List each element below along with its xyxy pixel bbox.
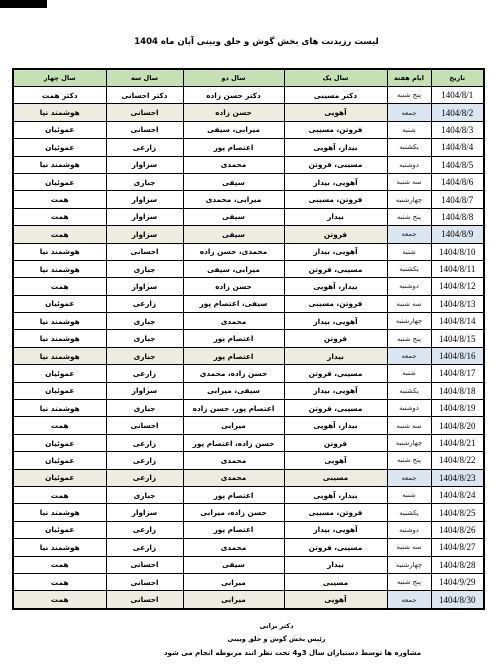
table-row: 1404/8/30 جمعه آهویی میرابی احسانی همت: [13, 591, 484, 609]
weekday-cell: یکشنبه: [387, 139, 431, 156]
year-two-cell: اعتصام پور: [183, 486, 284, 503]
year-two-cell: محمدی: [183, 156, 284, 173]
year-four-cell: هوشمند نیا: [13, 347, 106, 364]
table-row: 1404/8/8 پنج شنبه بیدار سیفی سزاوار همت: [13, 208, 484, 225]
year-two-cell: سیفی: [183, 226, 284, 243]
year-one-cell: آهویی، بیدار: [284, 521, 387, 538]
weekday-cell: شنبه: [387, 243, 431, 260]
year-one-cell: فروتن، مسیبی: [284, 504, 387, 521]
year-one-cell: فروتن، مسیبی: [284, 191, 387, 208]
year-two-cell: حسن زاده، اعتصام پور: [183, 434, 284, 451]
table-row: 1404/9/29 پنج شنبه مسیبی میرابی احسانی ه…: [13, 573, 484, 590]
year-four-cell: همت: [13, 417, 106, 434]
header-year-one: سال یک: [284, 69, 387, 87]
weekday-cell: پنج شنبه: [387, 573, 431, 590]
table-row: 1404/8/26 دوشنبه آهویی، بیدار اعتصام پور…: [13, 521, 484, 538]
date-cell: 1404/8/28: [431, 556, 484, 573]
year-three-cell: جباری: [106, 313, 183, 330]
year-two-cell: میرابی، محمدی: [183, 191, 284, 208]
year-two-cell: سیفی، میرابی: [183, 382, 284, 399]
date-cell: 1404/8/17: [431, 365, 484, 382]
table-row: 1404/8/13 سه شنبه فروتن، مسیبی سیفی، اعت…: [13, 295, 484, 312]
weekday-cell: جمعه: [387, 347, 431, 364]
year-two-cell: میرابی، سیفی: [183, 260, 284, 277]
year-two-cell: سیفی: [183, 173, 284, 190]
year-one-cell: بیدار، آهویی: [284, 486, 387, 503]
date-cell: 1404/8/20: [431, 417, 484, 434]
year-three-cell: سزاوار: [106, 504, 183, 521]
year-three-cell: زارعی: [106, 365, 183, 382]
year-four-cell: همت: [13, 208, 106, 225]
year-three-cell: سزاوار: [106, 156, 183, 173]
year-four-cell: دکتر همت: [13, 87, 106, 104]
table-row: 1404/8/3 شنبه فروتن، مسیبی میرابی، سیفی …: [13, 121, 484, 138]
date-cell: 1404/8/14: [431, 313, 484, 330]
table-row: 1404/8/22 پنج شنبه آهویی محمدی زارعی عمو…: [13, 452, 484, 469]
weekday-cell: یکشنبه: [387, 382, 431, 399]
date-cell: 1404/8/22: [431, 452, 484, 469]
table-row: 1404/8/14 چهارشنبه آهویی، بیدار محمدی جب…: [13, 313, 484, 330]
year-one-cell: آهویی، بیدار: [284, 313, 387, 330]
year-four-cell: هوشمند نیا: [13, 504, 106, 521]
year-two-cell: اعتصام پور، حسن زاده: [183, 400, 284, 417]
year-three-cell: جباری: [106, 486, 183, 503]
year-one-cell: آهویی: [284, 591, 387, 609]
year-two-cell: حسن زاده: [183, 104, 284, 121]
year-four-cell: عموئیان: [13, 521, 106, 538]
year-three-cell: احسانی: [106, 104, 183, 121]
weekday-cell: جمعه: [387, 226, 431, 243]
year-one-cell: بیدار: [284, 556, 387, 573]
year-three-cell: جباری: [106, 330, 183, 347]
weekday-cell: جمعه: [387, 591, 431, 609]
year-one-cell: آهویی: [284, 104, 387, 121]
year-four-cell: عموئیان: [13, 452, 106, 469]
year-three-cell: زارعی: [106, 139, 183, 156]
scan-artifact-mark: [0, 0, 47, 8]
weekday-cell: سه شنبه: [387, 417, 431, 434]
year-one-cell: دکتر مسیبی: [284, 87, 387, 104]
year-one-cell: فروتن: [284, 434, 387, 451]
year-four-cell: هوشمند نیا: [13, 104, 106, 121]
year-three-cell: سزاوار: [106, 226, 183, 243]
weekday-cell: شنبه: [387, 121, 431, 138]
date-cell: 1404/8/4: [431, 139, 484, 156]
table-row: 1404/8/5 دوشنبه مسیبی، فروتن محمدی سزاوا…: [13, 156, 484, 173]
year-four-cell: عموئیان: [13, 434, 106, 451]
year-three-cell: جباری: [106, 260, 183, 277]
year-three-cell: زارعی: [106, 521, 183, 538]
weekday-cell: سه شنبه: [387, 539, 431, 556]
year-one-cell: بیدار: [284, 208, 387, 225]
year-two-cell: اعتصام پور: [183, 139, 284, 156]
weekday-cell: پنج شنبه: [387, 330, 431, 347]
date-cell: 1404/8/9: [431, 226, 484, 243]
date-cell: 1404/8/2: [431, 104, 484, 121]
header-year-four: سال چهار: [13, 69, 106, 87]
year-three-cell: زارعی: [106, 452, 183, 469]
weekday-cell: دوشنبه: [387, 521, 431, 538]
year-three-cell: سزاوار: [106, 278, 183, 295]
year-four-cell: عموئیان: [13, 365, 106, 382]
date-cell: 1404/8/16: [431, 347, 484, 364]
table-row: 1404/8/27 سه شنبه مسیبی، فروتن محمدی زار…: [13, 539, 484, 556]
year-three-cell: زارعی: [106, 469, 183, 486]
date-cell: 1404/8/27: [431, 539, 484, 556]
year-four-cell: هوشمند نیا: [13, 260, 106, 277]
table-row: 1404/8/23 جمعه مسیبی محمدی زارعی عموئیان: [13, 469, 484, 486]
year-four-cell: همت: [13, 573, 106, 590]
table-row: 1404/8/11 یکشنبه مسیبی، فروتن میرابی، سی…: [13, 260, 484, 277]
weekday-cell: شنبه: [387, 486, 431, 503]
year-one-cell: بیدار، آهویی: [284, 278, 387, 295]
year-two-cell: دکتر حسن زاده: [183, 87, 284, 104]
year-one-cell: فروتن: [284, 330, 387, 347]
year-three-cell: احسانی: [106, 121, 183, 138]
year-one-cell: مسیبی، فروتن: [284, 260, 387, 277]
year-two-cell: سیفی: [183, 556, 284, 573]
year-one-cell: مسیبی، فروتن: [284, 400, 387, 417]
year-four-cell: عموئیان: [13, 469, 106, 486]
year-one-cell: مسیبی، فروتن: [284, 365, 387, 382]
year-one-cell: مسیبی: [284, 469, 387, 486]
weekday-cell: دوشنبه: [387, 156, 431, 173]
footer-doctor-role: رئیس بخش گوش و حلق وبینی: [29, 635, 495, 643]
table-row: 1404/8/28 چهارشنبه بیدار سیفی احسانی همت: [13, 556, 484, 573]
date-cell: 1404/8/15: [431, 330, 484, 347]
year-three-cell: جباری: [106, 400, 183, 417]
year-two-cell: اعتصام پور: [183, 330, 284, 347]
year-three-cell: احسانی: [106, 417, 183, 434]
table-row: 1404/8/25 یکشنبه فروتن، مسیبی حسن زاده، …: [13, 504, 484, 521]
year-three-cell: زارعی: [106, 434, 183, 451]
year-three-cell: احسانی: [106, 591, 183, 609]
table-row: 1404/8/21 چهارشنبه فروتن حسن زاده، اعتصا…: [13, 434, 484, 451]
date-cell: 1404/8/8: [431, 208, 484, 225]
table-row: 1404/8/2 جمعه آهویی حسن زاده احسانی هوشم…: [13, 104, 484, 121]
year-one-cell: مسیبی: [284, 573, 387, 590]
weekday-cell: چهارشنبه: [387, 191, 431, 208]
duty-roster-table: تاریخ ایام هفته سال یک سال دو سال سه سال…: [12, 68, 485, 610]
year-one-cell: آهویی، بیدار: [284, 173, 387, 190]
year-two-cell: محمدی: [183, 469, 284, 486]
year-three-cell: احسانی: [106, 573, 183, 590]
year-four-cell: همت: [13, 191, 106, 208]
date-cell: 1404/8/11: [431, 260, 484, 277]
date-cell: 1404/8/23: [431, 469, 484, 486]
year-two-cell: اعتصام پور: [183, 347, 284, 364]
weekday-cell: چهارشنبه: [387, 556, 431, 573]
year-four-cell: هوشمند نیا: [13, 330, 106, 347]
year-four-cell: عموئیان: [13, 139, 106, 156]
date-cell: 1404/8/5: [431, 156, 484, 173]
footer-doctor-name: دکتر براتی: [29, 622, 495, 630]
date-cell: 1404/8/24: [431, 486, 484, 503]
weekday-cell: دوشنبه: [387, 400, 431, 417]
year-three-cell: جباری: [106, 173, 183, 190]
weekday-cell: یکشنبه: [387, 260, 431, 277]
year-three-cell: زارعی: [106, 539, 183, 556]
table-row: 1404/8/12 دوشنبه بیدار، آهویی حسن زاده س…: [13, 278, 484, 295]
year-three-cell: سزاوار: [106, 382, 183, 399]
year-two-cell: حسن زاده، محمدی: [183, 365, 284, 382]
weekday-cell: شنبه: [387, 365, 431, 382]
year-two-cell: محمدی: [183, 539, 284, 556]
table-row: 1404/8/24 شنبه بیدار، آهویی اعتصام پور ج…: [13, 486, 484, 503]
year-one-cell: بیدار، آهویی: [284, 139, 387, 156]
weekday-cell: جمعه: [387, 104, 431, 121]
year-four-cell: همت: [13, 226, 106, 243]
weekday-cell: پنج شنبه: [387, 208, 431, 225]
year-four-cell: عموئیان: [13, 295, 106, 312]
page: { "page": { "title": "لیست رزیدنت های بخ…: [0, 0, 495, 669]
year-four-cell: هوشمند نیا: [13, 243, 106, 260]
page-title: لیست رزیدنت های بخش گوش و حلق وبینی آبان…: [9, 37, 495, 47]
table-row: 1404/8/15 پنج شنبه فروتن اعتصام پور جبار…: [13, 330, 484, 347]
year-four-cell: همت: [13, 278, 106, 295]
date-cell: 1404/8/26: [431, 521, 484, 538]
date-cell: 1404/8/30: [431, 591, 484, 609]
year-four-cell: هوشمند نیا: [13, 400, 106, 417]
weekday-cell: پنج شنبه: [387, 87, 431, 104]
year-four-cell: هوشمند نیا: [13, 313, 106, 330]
year-two-cell: اعتصام پور: [183, 521, 284, 538]
table-row: 1404/8/20 سه شنبه بیدار، آهویی میرابی اح…: [13, 417, 484, 434]
weekday-cell: چهارشنبه: [387, 434, 431, 451]
weekday-cell: جمعه: [387, 469, 431, 486]
year-two-cell: محمدی: [183, 313, 284, 330]
table-row: 1404/8/6 سه شنبه آهویی، بیدار سیفی جباری…: [13, 173, 484, 190]
table-row: 1404/8/1 پنج شنبه دکتر مسیبی دکتر حسن زا…: [13, 87, 484, 104]
date-cell: 1404/8/3: [431, 121, 484, 138]
year-one-cell: آهویی، بیدار: [284, 382, 387, 399]
table-body: 1404/8/1 پنج شنبه دکتر مسیبی دکتر حسن زا…: [13, 87, 484, 609]
date-cell: 1404/8/21: [431, 434, 484, 451]
header-weekday: ایام هفته: [387, 69, 431, 87]
year-one-cell: فروتن، مسیبی: [284, 295, 387, 312]
year-one-cell: آهویی، بیدار: [284, 243, 387, 260]
date-cell: 1404/8/12: [431, 278, 484, 295]
year-four-cell: عموئیان: [13, 121, 106, 138]
date-cell: 1404/8/7: [431, 191, 484, 208]
year-two-cell: میرابی: [183, 591, 284, 609]
year-three-cell: سزاوار: [106, 191, 183, 208]
year-two-cell: محمدی: [183, 452, 284, 469]
header-year-three: سال سه: [106, 69, 183, 87]
year-three-cell: دکتر احسانی: [106, 87, 183, 104]
weekday-cell: دوشنبه: [387, 278, 431, 295]
year-two-cell: حسن زاده: [183, 278, 284, 295]
header-row: تاریخ ایام هفته سال یک سال دو سال سه سال…: [13, 69, 484, 87]
year-one-cell: فروتن: [284, 226, 387, 243]
weekday-cell: پنج شنبه: [387, 452, 431, 469]
table-row: 1404/8/19 دوشنبه مسیبی، فروتن اعتصام پور…: [13, 400, 484, 417]
year-four-cell: هوشمند نیا: [13, 156, 106, 173]
year-four-cell: همت: [13, 591, 106, 609]
table-row: 1404/8/10 شنبه آهویی، بیدار محمدی، حسن ز…: [13, 243, 484, 260]
weekday-cell: سه شنبه: [387, 173, 431, 190]
year-one-cell: بیدار: [284, 347, 387, 364]
table-row: 1404/8/17 شنبه مسیبی، فروتن حسن زاده، مح…: [13, 365, 484, 382]
date-cell: 1404/9/29: [431, 573, 484, 590]
year-three-cell: احسانی: [106, 556, 183, 573]
date-cell: 1404/8/25: [431, 504, 484, 521]
table-row: 1404/8/4 یکشنبه بیدار، آهویی اعتصام پور …: [13, 139, 484, 156]
header-date: تاریخ: [431, 69, 484, 87]
year-two-cell: حسن زاده، میرابی: [183, 504, 284, 521]
year-three-cell: زارعی: [106, 295, 183, 312]
table-row: 1404/8/18 یکشنبه آهویی، بیدار سیفی، میرا…: [13, 382, 484, 399]
date-cell: 1404/8/13: [431, 295, 484, 312]
year-four-cell: عموئیان: [13, 173, 106, 190]
weekday-cell: یکشنبه: [387, 504, 431, 521]
year-four-cell: عموئیان: [13, 382, 106, 399]
footer-note: مشاوره ها توسط دستیاران سال 3و4 تحت نظر …: [45, 649, 495, 657]
table-row: 1404/8/7 چهارشنبه فروتن، مسیبی میرابی، م…: [13, 191, 484, 208]
date-cell: 1404/8/18: [431, 382, 484, 399]
year-four-cell: همت: [13, 486, 106, 503]
weekday-cell: سه شنبه: [387, 295, 431, 312]
year-two-cell: محمدی، حسن زاده: [183, 243, 284, 260]
table-header: تاریخ ایام هفته سال یک سال دو سال سه سال…: [13, 69, 484, 87]
year-one-cell: مسیبی، فروتن: [284, 539, 387, 556]
year-two-cell: سیفی: [183, 208, 284, 225]
header-year-two: سال دو: [183, 69, 284, 87]
year-one-cell: مسیبی، فروتن: [284, 156, 387, 173]
date-cell: 1404/8/1: [431, 87, 484, 104]
date-cell: 1404/8/6: [431, 173, 484, 190]
table-row: 1404/8/16 جمعه بیدار اعتصام پور جباری هو…: [13, 347, 484, 364]
year-three-cell: سزاوار: [106, 208, 183, 225]
weekday-cell: چهارشنبه: [387, 313, 431, 330]
year-four-cell: همت: [13, 556, 106, 573]
table-row: 1404/8/9 جمعه فروتن سیفی سزاوار همت: [13, 226, 484, 243]
year-three-cell: احسانی: [106, 243, 183, 260]
year-one-cell: فروتن، مسیبی: [284, 121, 387, 138]
year-one-cell: آهویی: [284, 452, 387, 469]
year-two-cell: میرابی، سیفی: [183, 121, 284, 138]
year-one-cell: بیدار، آهویی: [284, 417, 387, 434]
year-two-cell: میرابی: [183, 573, 284, 590]
year-four-cell: هوشمند نیا: [13, 539, 106, 556]
year-three-cell: جباری: [106, 347, 183, 364]
year-two-cell: میرابی: [183, 417, 284, 434]
year-two-cell: سیفی، اعتصام پور: [183, 295, 284, 312]
date-cell: 1404/8/10: [431, 243, 484, 260]
date-cell: 1404/8/19: [431, 400, 484, 417]
